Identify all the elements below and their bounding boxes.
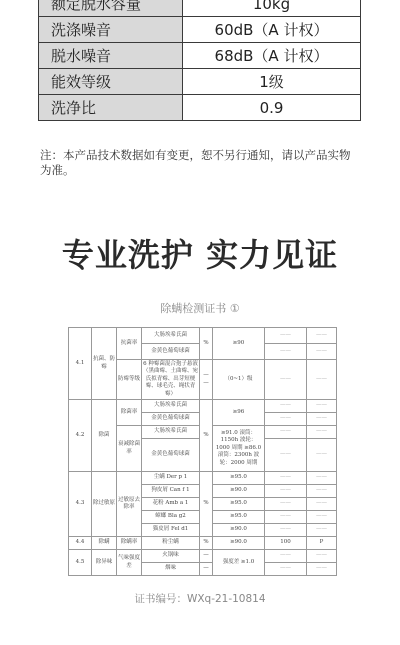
cell-req: ≥95.0	[213, 498, 265, 511]
cell-org: 蟑螂 Bla g2	[142, 511, 200, 524]
table-row: 4.3 除过敏原 过敏原去除率 尘螨 Der p 1 % ≥95.0 —— ——	[69, 472, 337, 485]
cell-judge: ——	[307, 360, 337, 400]
cell-org: 大肠埃希氏菌	[142, 426, 200, 439]
cell-req: ≥96	[213, 400, 265, 426]
cell-item: 除过敏原	[92, 472, 117, 537]
cell-no: 4.4	[69, 537, 92, 550]
spec-value: 68dB（A 计权）	[183, 43, 361, 69]
section-headline: 专业洗护 实力见证	[0, 230, 400, 276]
cell-result: ——	[265, 344, 307, 360]
cell-sub: 防霉等级	[117, 360, 142, 400]
cell-unit: —	[200, 550, 213, 563]
spec-value: 0.9	[183, 95, 361, 121]
cell-req: ≥90.0	[213, 537, 265, 550]
cell-sub: 过敏原去除率	[117, 472, 142, 537]
cell-org: 金黄色葡萄球菌	[142, 439, 200, 472]
cell-org: 金黄色葡萄球菌	[142, 413, 200, 426]
cell-result: ——	[265, 472, 307, 485]
spec-row: 能效等级1级	[39, 69, 361, 95]
cell-judge: ——	[307, 400, 337, 413]
cell-result: ——	[265, 563, 307, 576]
spec-table: 额定脱水容量10kg 洗涤噪音60dB（A 计权） 脱水噪音68dB（A 计权）…	[38, 0, 361, 121]
cell-req: ≥91.0 滚筒：1150h 波轮：1000 周期 ≥86.0 滚筒：2300h…	[213, 426, 265, 472]
spec-row: 额定脱水容量10kg	[39, 0, 361, 17]
cell-org: 烟味	[142, 563, 200, 576]
cell-result: ——	[265, 439, 307, 472]
certificate-title: 除螨检测证书 ①	[0, 300, 400, 316]
cell-req: 强度差 ≥1.0	[213, 550, 265, 576]
cell-result: ——	[265, 550, 307, 563]
spec-row: 洗净比0.9	[39, 95, 361, 121]
cell-org: 大肠埃希氏菌	[142, 328, 200, 344]
spec-value: 1级	[183, 69, 361, 95]
cell-unit: %	[200, 537, 213, 550]
cell-no: 4.1	[69, 328, 92, 400]
cell-item: 抗菌、防霉	[92, 328, 117, 400]
cell-result: ——	[265, 511, 307, 524]
cell-judge: ——	[307, 344, 337, 360]
cell-unit: %	[200, 472, 213, 537]
table-row: 4.1 抗菌、防霉 抗菌率 大肠埃希氏菌 % ≥90 —— ——	[69, 328, 337, 344]
spec-value: 60dB（A 计权）	[183, 17, 361, 43]
cell-sub: 气味强度差	[117, 550, 142, 576]
cell-item: 除异味	[92, 550, 117, 576]
cell-item: 除菌	[92, 400, 117, 472]
cell-sub: 除菌率	[117, 400, 142, 426]
cell-org: 金黄色葡萄球菌	[142, 344, 200, 360]
table-row: 4.2 除菌 除菌率 大肠埃希氏菌 % ≥96 —— ——	[69, 400, 337, 413]
cell-judge: ——	[307, 511, 337, 524]
cell-result: ——	[265, 426, 307, 439]
cell-org: 粉尘螨	[142, 537, 200, 550]
cell-unit: %	[200, 328, 213, 360]
spec-label: 能效等级	[39, 69, 183, 95]
cell-org: 火锅味	[142, 550, 200, 563]
cell-sub: 除螨率	[117, 537, 142, 550]
cell-result: 100	[265, 537, 307, 550]
certificate-number: 证书编号：WXq-21-10814	[0, 591, 400, 606]
cell-sub: 衰减除菌率	[117, 426, 142, 472]
spec-row: 洗涤噪音60dB（A 计权）	[39, 17, 361, 43]
cell-judge: ——	[307, 485, 337, 498]
cell-org: 猫皮屑 Fel d1	[142, 524, 200, 537]
certificate-table: 4.1 抗菌、防霉 抗菌率 大肠埃希氏菌 % ≥90 —— —— 金黄色葡萄球菌…	[68, 327, 337, 576]
cell-org: 花粉 Amb a 1	[142, 498, 200, 511]
cell-unit: — —	[200, 360, 213, 400]
cell-req: （0~1）级	[213, 360, 265, 400]
cell-result: ——	[265, 524, 307, 537]
spec-label: 额定脱水容量	[39, 0, 183, 17]
table-row: 4.5 除异味 气味强度差 火锅味 — 强度差 ≥1.0 —— ——	[69, 550, 337, 563]
cell-result: ——	[265, 498, 307, 511]
cell-judge: ——	[307, 426, 337, 439]
cell-no: 4.2	[69, 400, 92, 472]
cell-org: 6 种霉菌混合孢子悬液（黑曲霉、土曲霉、宛氏拟青霉、出芽短梗霉、球毛壳、绳状青霉…	[142, 360, 200, 400]
spec-label: 脱水噪音	[39, 43, 183, 69]
cell-sub: 抗菌率	[117, 328, 142, 360]
cell-result: ——	[265, 400, 307, 413]
cell-unit: —	[200, 563, 213, 576]
cell-judge: ——	[307, 328, 337, 344]
cell-req: ≥95.0	[213, 511, 265, 524]
cell-no: 4.5	[69, 550, 92, 576]
cell-judge: ——	[307, 472, 337, 485]
cell-org: 尘螨 Der p 1	[142, 472, 200, 485]
cell-org: 大肠埃希氏菌	[142, 400, 200, 413]
spec-label: 洗涤噪音	[39, 17, 183, 43]
spec-label: 洗净比	[39, 95, 183, 121]
cell-no: 4.3	[69, 472, 92, 537]
cell-judge: ——	[307, 524, 337, 537]
cell-result: ——	[265, 360, 307, 400]
cell-judge: ——	[307, 413, 337, 426]
cell-req: ≥90.0	[213, 524, 265, 537]
spec-row: 脱水噪音68dB（A 计权）	[39, 43, 361, 69]
cell-req: ≥95.0	[213, 472, 265, 485]
cell-req: ≥90.0	[213, 485, 265, 498]
cell-judge: ——	[307, 439, 337, 472]
cell-result: ——	[265, 485, 307, 498]
spec-value: 10kg	[183, 0, 361, 17]
cell-unit: %	[200, 400, 213, 472]
cell-req: ≥90	[213, 328, 265, 360]
cell-result: ——	[265, 328, 307, 344]
cell-result: ——	[265, 413, 307, 426]
cell-judge: P	[307, 537, 337, 550]
cell-judge: ——	[307, 498, 337, 511]
cell-item: 除螨	[92, 537, 117, 550]
table-row: 4.4 除螨 除螨率 粉尘螨 % ≥90.0 100 P	[69, 537, 337, 550]
disclaimer-note: 注：本产品技术数据如有变更，恕不另行通知，请以产品实物为准。	[40, 148, 360, 178]
cell-judge: ——	[307, 550, 337, 563]
cell-org: 狗皮屑 Can f 1	[142, 485, 200, 498]
cell-judge: ——	[307, 563, 337, 576]
